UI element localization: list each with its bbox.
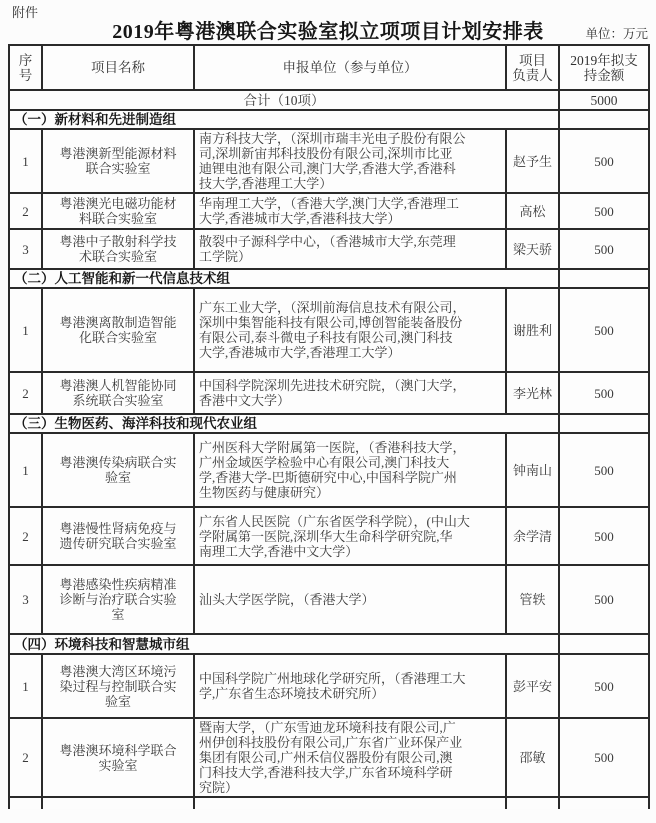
leader-cell: 梁天骄 [506, 229, 559, 269]
header-amount: 2019年拟支 持金额 [559, 45, 649, 90]
section-header-row: （三）生物医药、海洋科技和现代农业组 [9, 414, 649, 433]
amount-cell: 500 [559, 565, 649, 634]
amount-cell: 500 [559, 288, 649, 372]
attachment-label: 附件 [12, 4, 656, 21]
amount-cell: 500 [559, 129, 649, 193]
table-header-row: 序号 项目名称 申报单位（参与单位） 项目 负责人 2019年拟支 持金额 [9, 45, 649, 90]
applicant-cell: 广州医科大学附属第一医院，（香港科技大学， 广州金域医学检验中心有限公司,澳门科… [194, 433, 506, 507]
table-row: 2 粤港慢性肾病免疫与 遗传研究联合实验室 广东省人民医院（广东省医学科学院），… [9, 507, 649, 565]
unit-note: 单位：万元 [585, 24, 648, 42]
table-row: 2 粤港澳环境科学联合 实验室 暨南大学，（广东雪迪龙环境科技有限公司,广 州伊… [9, 718, 649, 797]
applicant-cell: 中国科学院深圳先进技术研究院，（澳门大学， 香港中文大学） [194, 372, 506, 414]
amount-cell: 500 [559, 433, 649, 507]
section-title-cell: （三）生物医药、海洋科技和现代农业组 [9, 414, 559, 433]
cutoff-cell [42, 797, 194, 809]
amount-cell: 500 [559, 718, 649, 797]
leader-cell: 谢胜利 [506, 288, 559, 372]
total-row: 合计（10项） 5000 [9, 90, 649, 110]
amount-cell: 500 [559, 372, 649, 414]
leader-cell: 赵予生 [506, 129, 559, 193]
table-row: 1 粤港澳离散制造智能 化联合实验室 广东工业大学，（深圳前海信息技术有限公司，… [9, 288, 649, 372]
section-title-cell: （二）人工智能和新一代信息技术组 [9, 269, 559, 288]
project-name-cell: 粤港澳光电磁功能材 料联合实验室 [42, 193, 194, 229]
amount-cell: 500 [559, 507, 649, 565]
title-row: 2019年粤港澳联合实验室拟立项项目计划安排表 单位：万元 [8, 21, 648, 44]
table-row: 3 粤港中子散射科学技 术联合实验室 散裂中子源科学中心，（香港城市大学,东莞理… [9, 229, 649, 269]
row-index-cell: 1 [9, 288, 42, 372]
section-amount-cell [559, 269, 649, 288]
header-applicant: 申报单位（参与单位） [194, 45, 506, 90]
applicant-cell: 散裂中子源科学中心，（香港城市大学,东莞理 工学院） [194, 229, 506, 269]
project-name-cell: 粤港中子散射科学技 术联合实验室 [42, 229, 194, 269]
table-row: 2 粤港澳人机智能协同 系统联合实验室 中国科学院深圳先进技术研究院，（澳门大学… [9, 372, 649, 414]
section-header-row: （一）新材料和先进制造组 [9, 110, 649, 129]
row-index-cell: 1 [9, 654, 42, 718]
section-header-row: （二）人工智能和新一代信息技术组 [9, 269, 649, 288]
section-amount-cell [559, 414, 649, 433]
table-row: 1 粤港澳新型能源材料 联合实验室 南方科技大学，（深圳市瑞丰光电子股份有限公 … [9, 129, 649, 193]
leader-cell: 高松 [506, 193, 559, 229]
applicant-cell: 汕头大学医学院，（香港大学） [194, 565, 506, 634]
header-leader: 项目 负责人 [506, 45, 559, 90]
applicant-cell: 华南理工大学，（香港大学,澳门大学,香港理工 大学,香港城市大学,香港科技大学） [194, 193, 506, 229]
header-index: 序号 [9, 45, 42, 90]
leader-cell: 余学清 [506, 507, 559, 565]
total-amount-cell: 5000 [559, 90, 649, 110]
page-title: 2019年粤港澳联合实验室拟立项项目计划安排表 [8, 21, 648, 44]
row-index-cell: 2 [9, 372, 42, 414]
row-index-cell: 1 [9, 129, 42, 193]
row-index-cell: 1 [9, 433, 42, 507]
amount-cell: 500 [559, 229, 649, 269]
cutoff-cell [9, 797, 42, 809]
leader-cell: 钟南山 [506, 433, 559, 507]
section-header-row: （四）环境科技和智慧城市组 [9, 634, 649, 654]
row-index-cell: 2 [9, 507, 42, 565]
row-index-cell: 2 [9, 193, 42, 229]
cutoff-cell [559, 797, 649, 809]
project-name-cell: 粤港澳离散制造智能 化联合实验室 [42, 288, 194, 372]
table-row: 1 粤港澳传染病联合实 验室 广州医科大学附属第一医院，（香港科技大学， 广州金… [9, 433, 649, 507]
header-project-name: 项目名称 [42, 45, 194, 90]
amount-cell: 500 [559, 654, 649, 718]
amount-cell: 500 [559, 193, 649, 229]
project-plan-table: 序号 项目名称 申报单位（参与单位） 项目 负责人 2019年拟支 持金额 合计… [8, 44, 650, 809]
project-name-cell: 粤港澳新型能源材料 联合实验室 [42, 129, 194, 193]
row-index-cell: 3 [9, 229, 42, 269]
project-name-cell: 粤港感染性疾病精准 诊断与治疗联合实验 室 [42, 565, 194, 634]
project-name-cell: 粤港澳环境科学联合 实验室 [42, 718, 194, 797]
leader-cell: 邵敏 [506, 718, 559, 797]
table-row: 3 粤港感染性疾病精准 诊断与治疗联合实验 室 汕头大学医学院，（香港大学） 管… [9, 565, 649, 634]
row-index-cell: 3 [9, 565, 42, 634]
cutoff-cell [194, 797, 506, 809]
project-name-cell: 粤港澳大湾区环境污 染过程与控制联合实 验室 [42, 654, 194, 718]
leader-cell: 管轶 [506, 565, 559, 634]
leader-cell: 彭平安 [506, 654, 559, 718]
applicant-cell: 广东省人民医院（广东省医学科学院），(中山大 学附属第一医院,深圳华大生命科学研… [194, 507, 506, 565]
section-title-cell: （四）环境科技和智慧城市组 [9, 634, 559, 654]
leader-cell: 李光林 [506, 372, 559, 414]
project-name-cell: 粤港慢性肾病免疫与 遗传研究联合实验室 [42, 507, 194, 565]
applicant-cell: 暨南大学，（广东雪迪龙环境科技有限公司,广 州伊创科技股份有限公司,广东省广业环… [194, 718, 506, 797]
applicant-cell: 中国科学院广州地球化学研究所，（香港理工大 学,广东省生态环境技术研究所） [194, 654, 506, 718]
section-title-cell: （一）新材料和先进制造组 [9, 110, 559, 129]
total-label-cell: 合计（10项） [9, 90, 559, 110]
row-index-cell: 2 [9, 718, 42, 797]
table-row: 1 粤港澳大湾区环境污 染过程与控制联合实 验室 中国科学院广州地球化学研究所，… [9, 654, 649, 718]
project-name-cell: 粤港澳传染病联合实 验室 [42, 433, 194, 507]
table-row: 2 粤港澳光电磁功能材 料联合实验室 华南理工大学，（香港大学,澳门大学,香港理… [9, 193, 649, 229]
cutoff-row [9, 797, 649, 809]
applicant-cell: 南方科技大学，（深圳市瑞丰光电子股份有限公 司,深圳新宙邦科技股份有限公司,深圳… [194, 129, 506, 193]
project-name-cell: 粤港澳人机智能协同 系统联合实验室 [42, 372, 194, 414]
cutoff-cell [506, 797, 559, 809]
applicant-cell: 广东工业大学，（深圳前海信息技术有限公司， 深圳中集智能科技有限公司,博创智能装… [194, 288, 506, 372]
section-amount-cell [559, 634, 649, 654]
section-amount-cell [559, 110, 649, 129]
